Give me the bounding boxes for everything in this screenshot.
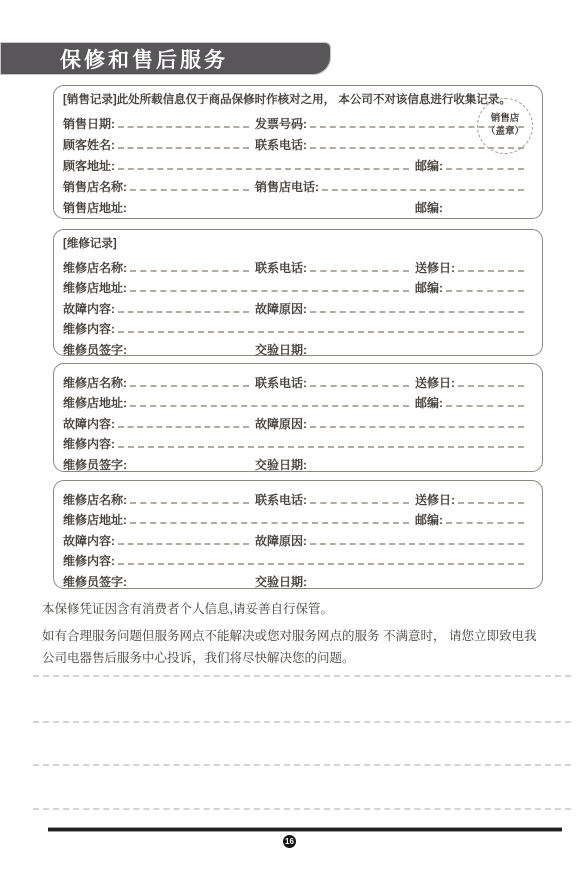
fill-line [118, 563, 524, 565]
repair-row-shop-phone-date: 维修店名称: 联系电话: 送修日: [63, 370, 530, 391]
fault-content-label: 故障内容: [63, 301, 115, 317]
repair-content-label: 维修内容: [63, 436, 115, 452]
repair-row-sign-date: 维修员签字: 交验日期: [63, 569, 530, 590]
phone-label: 联系电话: [255, 375, 307, 391]
page-title: 保修和售后服务 [0, 44, 228, 74]
sales-row-date-invoice: 销售日期: 发票号码: [63, 111, 530, 132]
phone-label: 联系电话: [255, 492, 307, 508]
repairer-sign-label: 维修员签字: [63, 574, 127, 590]
fill-line [458, 502, 524, 504]
shop-address-label: 维修店地址: [63, 280, 127, 296]
invoice-no-label: 发票号码: [255, 116, 307, 132]
stamp-text-line1: 销售店 [491, 113, 520, 126]
sales-row-name-phone: 顾客姓名: 联系电话: [63, 132, 530, 153]
customer-address-label: 顾客地址: [63, 158, 115, 174]
shop-address-label: 维修店地址: [63, 395, 127, 411]
fill-line [130, 502, 249, 504]
store-name-label: 销售店名称: [63, 179, 127, 195]
repair-content-label: 维修内容: [63, 321, 115, 337]
fill-line [322, 189, 524, 191]
fault-content-label: 故障内容: [63, 533, 115, 549]
check-date-label: 交验日期: [255, 342, 307, 358]
stamp-text-line2: （盖章） [486, 126, 524, 139]
repairer-sign-label: 维修员签字: [63, 457, 127, 473]
repair-row-sign-date: 维修员签字: 交验日期: [63, 337, 530, 358]
shop-name-label: 维修店名称: [63, 492, 127, 508]
repair-row-sign-date: 维修员签字: 交验日期: [63, 452, 530, 473]
repair-record-box-1: [维修记录] 维修店名称: 联系电话: 送修日: 维修店地址: 邮编: 故障内容… [53, 229, 543, 356]
repair-row-address-zip: 维修店地址: 邮编: [63, 391, 530, 412]
footer-rule [48, 827, 562, 832]
section-banner: 保修和售后服务 [0, 42, 331, 75]
store-stamp-circle: 销售店 （盖章） [477, 98, 533, 154]
notes-section: 本保修凭证因含有消费者个人信息,请妥善自行保管。 如有合理服务问题但服务网点不能… [42, 598, 545, 674]
zip-label: 邮编: [415, 158, 443, 174]
store-address-label: 销售店地址: [63, 200, 127, 216]
repair-content-label: 维修内容: [63, 553, 115, 569]
sales-row-address-zip: 顾客地址: 邮编: [63, 153, 530, 174]
fault-reason-label: 故障原因: [255, 416, 307, 432]
send-date-label: 送修日: [415, 260, 455, 276]
fill-line [446, 405, 524, 407]
fill-line [118, 168, 409, 170]
sales-row-store-phone: 销售店名称: 销售店电话: [63, 174, 530, 195]
fault-reason-label: 故障原因: [255, 533, 307, 549]
fault-content-label: 故障内容: [63, 416, 115, 432]
fill-line [310, 543, 524, 545]
repair-row-shop-phone-date: 维修店名称: 联系电话: 送修日: [63, 487, 530, 508]
zip-label: 邮编: [415, 200, 443, 216]
note-keep-safe: 本保修凭证因含有消费者个人信息,请妥善自行保管。 [42, 598, 545, 620]
ruled-line [33, 764, 571, 766]
page-number-badge: 16 [283, 835, 296, 848]
repair-record-box-2: 维修店名称: 联系电话: 送修日: 维修店地址: 邮编: 故障内容: 故障原因:… [53, 363, 543, 472]
fill-line [130, 290, 409, 292]
sales-record-box: [销售记录]此处所载信息仅于商品保修时作核对之用， 本公司不对该信息进行收集记录… [53, 85, 543, 219]
check-date-label: 交验日期: [255, 574, 307, 590]
zip-label: 邮编: [415, 395, 443, 411]
fill-line [118, 543, 249, 545]
fill-line [130, 522, 409, 524]
repair-record-header: [维修记录] [63, 236, 530, 255]
contact-phone-label: 联系电话: [255, 137, 307, 153]
ruled-line [33, 675, 571, 677]
repair-row-fault: 故障内容: 故障原因: [63, 411, 530, 432]
ruled-line [33, 808, 571, 810]
check-date-label: 交验日期: [255, 457, 307, 473]
shop-name-label: 维修店名称: [63, 260, 127, 276]
fill-line [310, 502, 409, 504]
shop-address-label: 维修店地址: [63, 512, 127, 528]
note-complaint: 如有合理服务问题但服务网点不能解决或您对服务网点的服务 不满意时， 请您立即致电… [42, 625, 545, 669]
store-phone-label: 销售店电话: [255, 179, 319, 195]
zip-label: 邮编: [415, 512, 443, 528]
shop-name-label: 维修店名称: [63, 375, 127, 391]
fill-line [446, 168, 524, 170]
fill-line [118, 311, 249, 313]
fault-reason-label: 故障原因: [255, 301, 307, 317]
ruled-line [33, 721, 571, 723]
fill-line [458, 270, 524, 272]
fill-line [446, 290, 524, 292]
fill-line [130, 270, 249, 272]
fill-line [118, 126, 249, 128]
sales-row-store-address: 销售店地址: 邮编: [63, 195, 530, 216]
fill-line [310, 311, 524, 313]
repair-row-content: 维修内容: [63, 549, 530, 570]
fill-line [446, 522, 524, 524]
fill-line [458, 385, 524, 387]
repair-row-fault: 故障内容: 故障原因: [63, 528, 530, 549]
repair-row-content: 维修内容: [63, 432, 530, 453]
fill-line [130, 385, 249, 387]
repair-row-content: 维修内容: [63, 317, 530, 338]
repair-row-address-zip: 维修店地址: 邮编: [63, 276, 530, 297]
fill-line [118, 426, 249, 428]
phone-label: 联系电话: [255, 260, 307, 276]
zip-label: 邮编: [415, 280, 443, 296]
fill-line [118, 331, 524, 333]
fill-line [310, 426, 524, 428]
sale-date-label: 销售日期: [63, 116, 115, 132]
fill-line [310, 270, 409, 272]
sales-record-header: [销售记录]此处所载信息仅于商品保修时作核对之用， 本公司不对该信息进行收集记录… [63, 92, 530, 111]
repair-row-address-zip: 维修店地址: 邮编: [63, 508, 530, 529]
customer-name-label: 顾客姓名: [63, 137, 115, 153]
fill-line [118, 446, 524, 448]
send-date-label: 送修日: [415, 375, 455, 391]
repair-record-box-3: 维修店名称: 联系电话: 送修日: 维修店地址: 邮编: 故障内容: 故障原因:… [53, 480, 543, 589]
fill-line [310, 385, 409, 387]
manual-page: 保修和售后服务 [销售记录]此处所载信息仅于商品保修时作核对之用， 本公司不对该… [0, 0, 579, 869]
send-date-label: 送修日: [415, 492, 455, 508]
repair-row-fault: 故障内容: 故障原因: [63, 296, 530, 317]
fill-line [118, 147, 249, 149]
repairer-sign-label: 维修员签字: [63, 342, 127, 358]
fill-line [130, 405, 409, 407]
repair-row-shop-phone-date: 维修店名称: 联系电话: 送修日: [63, 255, 530, 276]
fill-line [130, 189, 249, 191]
